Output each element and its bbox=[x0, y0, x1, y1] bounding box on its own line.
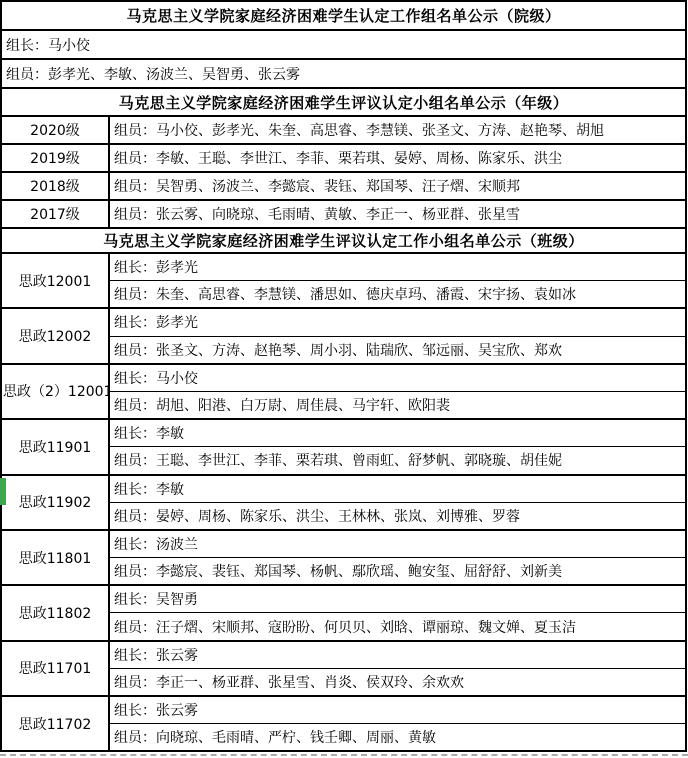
table-row: 马克思主义学院家庭经济困难学生评议认定工作小组名单公示（班级） bbox=[1, 228, 686, 253]
class-leader-cell[interactable]: 组长：吴智勇 bbox=[109, 585, 686, 613]
certification-table: 马克思主义学院家庭经济困难学生认定工作组名单公示（院级）组长：马小佼组员：彭孝光… bbox=[0, 0, 687, 752]
college-section-title[interactable]: 马克思主义学院家庭经济困难学生认定工作组名单公示（院级） bbox=[1, 1, 686, 30]
class-leader-cell[interactable]: 组长：彭孝光 bbox=[109, 253, 686, 281]
document-page: 马克思主义学院家庭经济困难学生认定工作组名单公示（院级）组长：马小佼组员：彭孝光… bbox=[0, 0, 688, 758]
class-members-cell[interactable]: 组员：李正一、杨亚群、张星雪、肖炎、侯双玲、余欢欢 bbox=[109, 668, 686, 696]
table-row: 2020级组员：马小佼、彭孝光、朱奎、高思睿、李慧镁、张圣文、方涛、赵艳琴、胡旭 bbox=[1, 116, 686, 144]
table-row: 思政（2）12001组长：马小佼 bbox=[1, 364, 686, 392]
grade-label-cell[interactable]: 2019级 bbox=[1, 144, 109, 172]
class-label-cell[interactable]: 思政（2）12001 bbox=[1, 364, 109, 419]
class-members-cell[interactable]: 组员：张圣文、方涛、赵艳琴、周小羽、陆瑞欣、邹远丽、吴宝欣、郑欢 bbox=[109, 336, 686, 364]
college-section: 马克思主义学院家庭经济困难学生认定工作组名单公示（院级）组长：马小佼组员：彭孝光… bbox=[1, 1, 686, 88]
class-label-cell[interactable]: 思政12001 bbox=[1, 253, 109, 308]
table-row: 2019级组员：李敏、王聪、李世江、李菲、栗若琪、晏婷、周杨、陈家乐、洪尘 bbox=[1, 144, 686, 172]
table-row: 马克思主义学院家庭经济困难学生评议认定小组名单公示（年级） bbox=[1, 88, 686, 116]
grade-label-cell[interactable]: 2018级 bbox=[1, 172, 109, 200]
class-label-cell[interactable]: 思政11801 bbox=[1, 530, 109, 585]
grade-section-title[interactable]: 马克思主义学院家庭经济困难学生评议认定小组名单公示（年级） bbox=[1, 88, 686, 116]
table-row: 思政11802组长：吴智勇 bbox=[1, 585, 686, 613]
class-leader-cell[interactable]: 组长：马小佼 bbox=[109, 364, 686, 392]
college-leader-cell[interactable]: 组长：马小佼 bbox=[1, 30, 686, 59]
class-members-cell[interactable]: 组员：李懿宸、裴钰、郑国琴、杨帆、鄢欣瑶、鲍安玺、屈舒舒、刘新美 bbox=[109, 558, 686, 586]
class-members-cell[interactable]: 组员：王聪、李世江、李菲、栗若琪、曾雨虹、舒梦帆、郭晓璇、胡佳妮 bbox=[109, 447, 686, 475]
table-row: 组长：马小佼 bbox=[1, 30, 686, 59]
selection-marker bbox=[0, 478, 6, 505]
class-label-cell[interactable]: 思政11802 bbox=[1, 585, 109, 640]
class-leader-cell[interactable]: 组长：李敏 bbox=[109, 475, 686, 503]
grade-label-cell[interactable]: 2017级 bbox=[1, 200, 109, 228]
grade-members-cell[interactable]: 组员：吴智勇、汤波兰、李懿宸、裴钰、郑国琴、汪子熠、宋顺邦 bbox=[109, 172, 686, 200]
table-row: 思政12001组长：彭孝光 bbox=[1, 253, 686, 281]
grade-members-cell[interactable]: 组员：张云雾、向晓琼、毛雨晴、黄敏、李正一、杨亚群、张星雪 bbox=[109, 200, 686, 228]
class-leader-cell[interactable]: 组长：张云雾 bbox=[109, 641, 686, 669]
class-leader-cell[interactable]: 组长：张云雾 bbox=[109, 696, 686, 724]
table-row: 思政11901组长：李敏 bbox=[1, 419, 686, 447]
table-row: 马克思主义学院家庭经济困难学生认定工作组名单公示（院级） bbox=[1, 1, 686, 30]
class-section-title[interactable]: 马克思主义学院家庭经济困难学生评议认定工作小组名单公示（班级） bbox=[1, 228, 686, 253]
college-members-cell[interactable]: 组员：彭孝光、李敏、汤波兰、吴智勇、张云雾 bbox=[1, 59, 686, 88]
grade-members-cell[interactable]: 组员：李敏、王聪、李世江、李菲、栗若琪、晏婷、周杨、陈家乐、洪尘 bbox=[109, 144, 686, 172]
grade-section: 马克思主义学院家庭经济困难学生评议认定小组名单公示（年级）2020级组员：马小佼… bbox=[1, 88, 686, 228]
table-row: 思政11701组长：张云雾 bbox=[1, 641, 686, 669]
table-row: 2018级组员：吴智勇、汤波兰、李懿宸、裴钰、郑国琴、汪子熠、宋顺邦 bbox=[1, 172, 686, 200]
class-members-cell[interactable]: 组员：胡旭、阳港、白万尉、周佳晨、马宇轩、欧阳裴 bbox=[109, 391, 686, 419]
class-members-cell[interactable]: 组员：向晓琼、毛雨晴、严柠、钱壬卿、周丽、黄敏 bbox=[109, 724, 686, 752]
class-leader-cell[interactable]: 组长：李敏 bbox=[109, 419, 686, 447]
class-label-cell[interactable]: 思政11901 bbox=[1, 419, 109, 474]
grade-label-cell[interactable]: 2020级 bbox=[1, 116, 109, 144]
page-break-line bbox=[0, 754, 688, 756]
class-leader-cell[interactable]: 组长：汤波兰 bbox=[109, 530, 686, 558]
class-members-cell[interactable]: 组员：晏婷、周杨、陈家乐、洪尘、王林林、张岚、刘博雅、罗蓉 bbox=[109, 502, 686, 530]
class-leader-cell[interactable]: 组长：彭孝光 bbox=[109, 308, 686, 336]
table-row: 思政12002组长：彭孝光 bbox=[1, 308, 686, 336]
class-label-cell[interactable]: 思政12002 bbox=[1, 308, 109, 363]
class-section: 马克思主义学院家庭经济困难学生评议认定工作小组名单公示（班级）思政12001组长… bbox=[1, 228, 686, 751]
class-label-cell[interactable]: 思政11902 bbox=[1, 475, 109, 530]
class-members-cell[interactable]: 组员：汪子熠、宋顺邦、寇盼盼、何贝贝、刘晗、谭丽琼、魏文婵、夏玉洁 bbox=[109, 613, 686, 641]
table-row: 思政11902组长：李敏 bbox=[1, 475, 686, 503]
class-members-cell[interactable]: 组员：朱奎、高思睿、李慧镁、潘思如、德庆卓玛、潘霞、宋宇扬、袁如冰 bbox=[109, 281, 686, 309]
table-row: 思政11702组长：张云雾 bbox=[1, 696, 686, 724]
table-row: 2017级组员：张云雾、向晓琼、毛雨晴、黄敏、李正一、杨亚群、张星雪 bbox=[1, 200, 686, 228]
grade-members-cell[interactable]: 组员：马小佼、彭孝光、朱奎、高思睿、李慧镁、张圣文、方涛、赵艳琴、胡旭 bbox=[109, 116, 686, 144]
class-label-cell[interactable]: 思政11701 bbox=[1, 641, 109, 696]
table-row: 思政11801组长：汤波兰 bbox=[1, 530, 686, 558]
class-label-cell[interactable]: 思政11702 bbox=[1, 696, 109, 751]
table-row: 组员：彭孝光、李敏、汤波兰、吴智勇、张云雾 bbox=[1, 59, 686, 88]
